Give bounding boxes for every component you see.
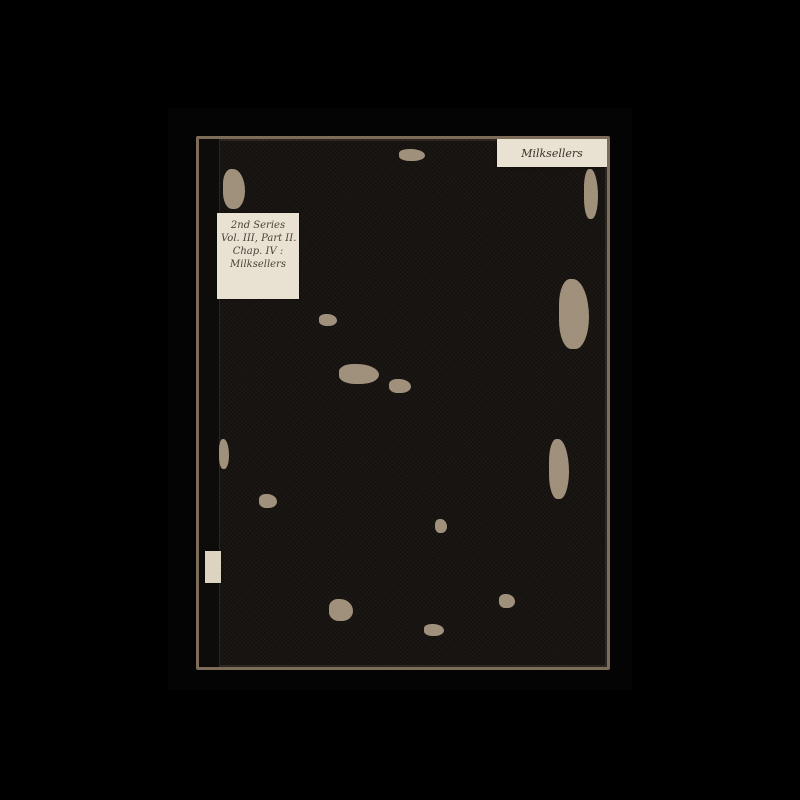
wear-patch: [329, 599, 353, 621]
wear-patch: [435, 519, 447, 533]
handwritten-spine-label: 2nd Series Vol. III, Part II. Chap. IV :…: [217, 213, 299, 299]
label-line: Milksellers: [221, 258, 295, 271]
top-corner-label: Milksellers: [497, 139, 607, 167]
wear-patch: [259, 494, 277, 508]
wear-patch: [389, 379, 411, 393]
wear-patch: [219, 439, 229, 469]
wear-patch: [499, 594, 515, 608]
wear-patch: [559, 279, 589, 349]
wear-patch: [319, 314, 337, 326]
label-line: Chap. IV :: [221, 245, 295, 258]
wear-patch: [584, 169, 598, 219]
label-line: Vol. III, Part II.: [221, 232, 295, 245]
wear-patch: [399, 149, 425, 161]
wear-patch: [339, 364, 379, 384]
notebook-cover: 2nd Series Vol. III, Part II. Chap. IV :…: [196, 136, 610, 670]
top-label-text: Milksellers: [521, 147, 583, 160]
wear-patch: [223, 169, 245, 209]
wear-patch: [424, 624, 444, 636]
wear-patch: [549, 439, 569, 499]
small-blank-label: [205, 551, 221, 583]
label-line: 2nd Series: [221, 219, 295, 232]
